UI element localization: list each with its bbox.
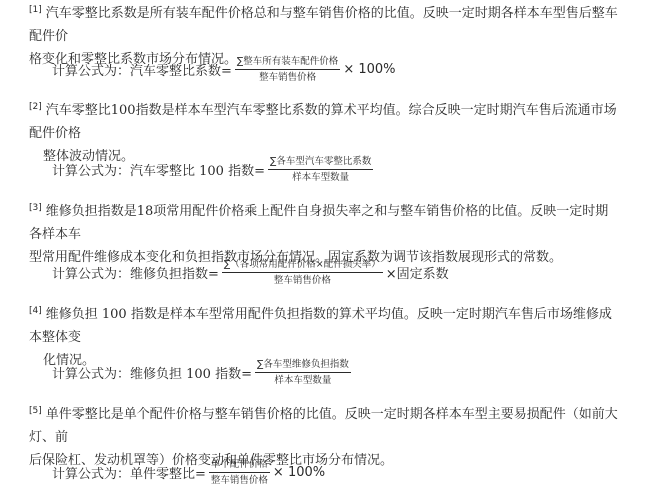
fraction: 单个配件价格 整车销售价格 xyxy=(209,458,270,487)
formula-1: 计算公式为：汽车零整比系数= ∑整车所有装车配件价格 整车销售价格 × 100% xyxy=(52,55,396,84)
numerator: ∑各车型汽车零整比系数 xyxy=(268,155,373,170)
numerator: 单个配件价格 xyxy=(209,458,270,473)
denominator: 整车销售价格 xyxy=(209,473,270,487)
footnote-marker: [1] xyxy=(29,5,42,15)
denominator: 样本车型数量 xyxy=(272,373,333,387)
footnote-marker: [2] xyxy=(29,102,42,112)
footnote-text-line: 维修负担指数是18项常用配件价格乘上配件自身损失率之和与整车销售价格的比值。反映… xyxy=(29,204,608,242)
formula-suffix: × 100% xyxy=(273,465,325,480)
formula-3: 计算公式为：维修负担指数= ∑（各项常用配件价格×配件损失率） 整车销售价格 ×… xyxy=(52,258,449,287)
denominator: 样本车型数量 xyxy=(290,170,351,184)
footnote-marker: [4] xyxy=(29,306,42,316)
footnote-text-line: 单件零整比是单个配件价格与整车销售价格的比值。反映一定时期各样本车型主要易损配件… xyxy=(29,407,618,445)
formula-suffix: ×固定系数 xyxy=(386,263,449,282)
formula-prefix: 计算公式为：汽车零整比系数= xyxy=(52,60,232,79)
fraction: ∑（各项常用配件价格×配件损失率） 整车销售价格 xyxy=(222,258,383,287)
footnote-marker: [5] xyxy=(29,406,42,416)
fraction: ∑整车所有装车配件价格 整车销售价格 xyxy=(235,55,340,84)
denominator: 整车销售价格 xyxy=(272,273,333,287)
formula-4: 计算公式为：维修负担 100 指数= ∑各车型维修负担指数 样本车型数量 xyxy=(52,358,354,387)
footnote-marker: [3] xyxy=(29,203,42,213)
denominator: 整车销售价格 xyxy=(257,70,318,84)
formula-prefix: 计算公式为：汽车零整比 100 指数= xyxy=(52,160,265,179)
footnote-text-line: 汽车零整比100指数是样本车型汽车零整比系数的算术平均值。综合反映一定时期汽车售… xyxy=(29,103,617,141)
formula-2: 计算公式为：汽车零整比 100 指数= ∑各车型汽车零整比系数 样本车型数量 xyxy=(52,155,376,184)
formula-suffix: × 100% xyxy=(343,62,395,77)
numerator: ∑整车所有装车配件价格 xyxy=(235,55,340,70)
formula-prefix: 计算公式为：维修负担 100 指数= xyxy=(52,363,252,382)
footnote-text-line: 维修负担 100 指数是样本车型常用配件负担指数的算术平均值。反映一定时期汽车售… xyxy=(29,307,612,345)
formula-5: 计算公式为：单件零整比= 单个配件价格 整车销售价格 × 100% xyxy=(52,458,325,487)
fraction: ∑各车型汽车零整比系数 样本车型数量 xyxy=(268,155,373,184)
fraction: ∑各车型维修负担指数 样本车型数量 xyxy=(255,358,351,387)
numerator: ∑（各项常用配件价格×配件损失率） xyxy=(222,258,383,273)
footnote-text-line: 汽车零整比系数是所有装车配件价格总和与整车销售价格的比值。反映一定时期各样本车型… xyxy=(29,6,618,44)
formula-prefix: 计算公式为：单件零整比= xyxy=(52,463,206,482)
numerator: ∑各车型维修负担指数 xyxy=(255,358,351,373)
formula-prefix: 计算公式为：维修负担指数= xyxy=(52,263,219,282)
